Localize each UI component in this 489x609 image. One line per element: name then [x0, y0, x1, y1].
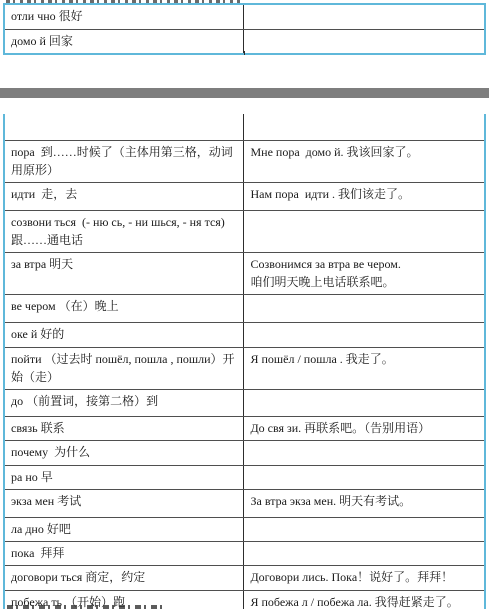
table-row: домо й 回家	[4, 29, 485, 54]
example-cell: Я пошёл / пошла . 我走了。	[244, 347, 485, 389]
example-cell	[244, 389, 485, 416]
example-cell: До свя зи. 再联系吧。（告别用语）	[244, 416, 485, 440]
example-cell	[244, 210, 485, 252]
term-cell: ве чером （在）晚上	[4, 294, 244, 322]
table-row: ве чером （在）晚上	[4, 294, 485, 322]
table-row: идти 走，去 Нам пора идти . 我们该走了。	[4, 182, 485, 210]
example-cell	[244, 294, 485, 322]
column-divider-tail	[244, 51, 245, 55]
example-cell	[244, 29, 485, 54]
term-cell: домо й 回家	[4, 29, 244, 54]
page-separator-bar	[0, 88, 489, 98]
document-page: отли чно 很好 домо й 回家 пора 到……时候了（主体用第三格…	[0, 0, 489, 609]
term-cell: пока 拜拜	[4, 541, 244, 565]
term-cell: договори ться 商定，约定	[4, 565, 244, 590]
table-row	[4, 114, 485, 140]
table-row: пора 到……时候了（主体用第三格，动词 用原形） Мне пора домо…	[4, 140, 485, 182]
table-row: ра но 早	[4, 465, 485, 489]
term-cell: почему 为什么	[4, 440, 244, 465]
table-row: за втра 明天 Созвонимся за втра ве чером. …	[4, 252, 485, 294]
example-cell: Нам пора идти . 我们该走了。	[244, 182, 485, 210]
table-row: пойти （过去时 пошёл, пошла , пошли）开 始（走） Я…	[4, 347, 485, 389]
term-cell: идти 走，去	[4, 182, 244, 210]
example-cell	[244, 322, 485, 347]
example-cell	[244, 541, 485, 565]
table-row: экза мен 考试 За втра экза мен. 明天有考试。	[4, 489, 485, 517]
term-cell: ра но 早	[4, 465, 244, 489]
term-cell: связь 联系	[4, 416, 244, 440]
table-row: побежа ть （开始）跑 Я побежа л / побежа ла. …	[4, 590, 485, 609]
example-cell	[244, 517, 485, 541]
example-cell	[244, 465, 485, 489]
term-cell: оке й 好的	[4, 322, 244, 347]
term-cell: отли чно 很好	[4, 4, 244, 29]
table-row: оке й 好的	[4, 322, 485, 347]
example-cell: Я побежа л / побежа ла. 我得赶紧走了。	[244, 590, 485, 609]
table-row: созвони ться (- ню сь, - ни шься, - ня т…	[4, 210, 485, 252]
term-cell: побежа ть （开始）跑	[4, 590, 244, 609]
example-cell	[244, 440, 485, 465]
term-cell: пойти （过去时 пошёл, пошла , пошли）开 始（走）	[4, 347, 244, 389]
term-cell: до （前置词，接第二格）到	[4, 389, 244, 416]
example-cell: Созвонимся за втра ве чером. 咱们明天晚上电话联系吧…	[244, 252, 485, 294]
term-cell: созвони ться (- ню сь, - ни шься, - ня т…	[4, 210, 244, 252]
example-cell: Мне пора домо й. 我该回家了。	[244, 140, 485, 182]
vocab-table-page2: пора 到……时候了（主体用第三格，动词 用原形） Мне пора домо…	[3, 114, 486, 609]
example-cell: Договори лись. Пока！说好了。拜拜！	[244, 565, 485, 590]
table-row: договори ться 商定，约定 Договори лись. Пока！…	[4, 565, 485, 590]
term-cell	[4, 114, 244, 140]
example-cell: За втра экза мен. 明天有考试。	[244, 489, 485, 517]
term-cell: ла дно 好吧	[4, 517, 244, 541]
table-row: почему 为什么	[4, 440, 485, 465]
example-cell	[244, 4, 485, 29]
table-row: связь 联系 До свя зи. 再联系吧。（告别用语）	[4, 416, 485, 440]
table-row: до （前置词，接第二格）到	[4, 389, 485, 416]
term-cell: экза мен 考试	[4, 489, 244, 517]
term-cell: за втра 明天	[4, 252, 244, 294]
table-row: отли чно 很好	[4, 4, 485, 29]
term-cell: пора 到……时候了（主体用第三格，动词 用原形）	[4, 140, 244, 182]
example-cell	[244, 114, 485, 140]
vocab-table-page1: отли чно 很好 домо й 回家	[3, 3, 486, 55]
table-row: пока 拜拜	[4, 541, 485, 565]
table-row: ла дно 好吧	[4, 517, 485, 541]
